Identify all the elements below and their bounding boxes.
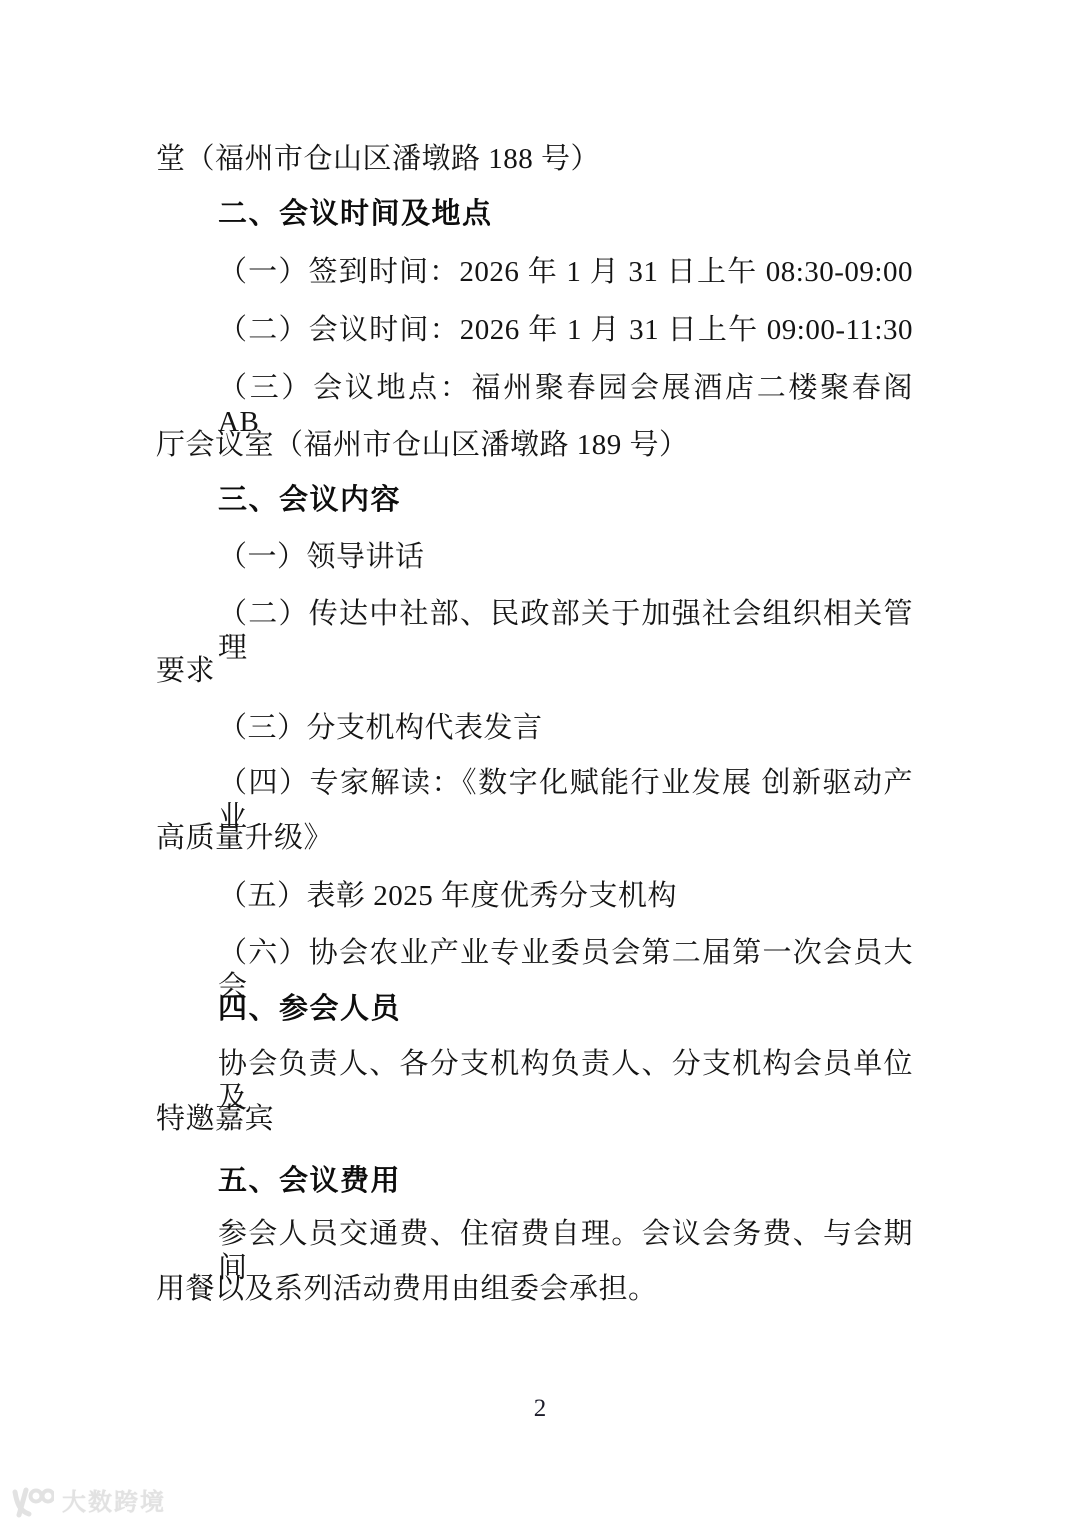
agenda-item-6: （六）协会农业产业专业委员会第二届第一次会员大会 (156, 936, 913, 972)
heading-section-2: 二、会议时间及地点 (156, 197, 913, 233)
fees-line-1: 参会人员交通费、住宿费自理。会议会务费、与会期间 (156, 1217, 913, 1253)
venue-address-continuation: 堂（福州市仓山区潘墩路 188 号） (156, 142, 913, 178)
attendees-line-1: 协会负责人、各分支机构负责人、分支机构会员单位及 (156, 1047, 913, 1083)
meeting-location-line-1: （三）会议地点：福州聚春园会展酒店二楼聚春阁 AB (156, 371, 913, 407)
watermark: 大数跨境 (10, 1487, 166, 1519)
fees-line-2: 用餐以及系列活动费用由组委会承担。 (156, 1272, 913, 1308)
meeting-location-line-2: 厅会议室（福州市仓山区潘墩路 189 号） (156, 428, 913, 464)
agenda-item-4-line-1: （四）专家解读：《数字化赋能行业发展 创新驱动产业 (156, 766, 913, 802)
page-number: 2 (0, 1394, 1080, 1424)
meeting-time-line: （二）会议时间：2026 年 1 月 31 日上午 09:00-11:30 (156, 313, 913, 349)
checkin-time-line: （一）签到时间：2026 年 1 月 31 日上午 08:30-09:00 (156, 255, 913, 291)
dashu-100-logo-icon (10, 1487, 54, 1519)
heading-section-5: 五、会议费用 (156, 1164, 913, 1200)
attendees-line-2: 特邀嘉宾 (156, 1102, 913, 1138)
agenda-item-5: （五）表彰 2025 年度优秀分支机构 (156, 879, 913, 915)
agenda-item-2-line-2: 要求 (156, 654, 913, 690)
heading-section-3: 三、会议内容 (156, 483, 913, 519)
heading-section-4: 四、参会人员 (156, 992, 913, 1028)
document-page: 堂（福州市仓山区潘墩路 188 号） 二、会议时间及地点 （一）签到时间：202… (0, 0, 1080, 1527)
agenda-item-1: （一）领导讲话 (156, 540, 913, 576)
agenda-item-2-line-1: （二）传达中社部、民政部关于加强社会组织相关管理 (156, 597, 913, 633)
agenda-item-4-line-2: 高质量升级》 (156, 821, 913, 857)
watermark-text: 大数跨境 (62, 1488, 166, 1518)
agenda-item-3: （三）分支机构代表发言 (156, 711, 913, 747)
